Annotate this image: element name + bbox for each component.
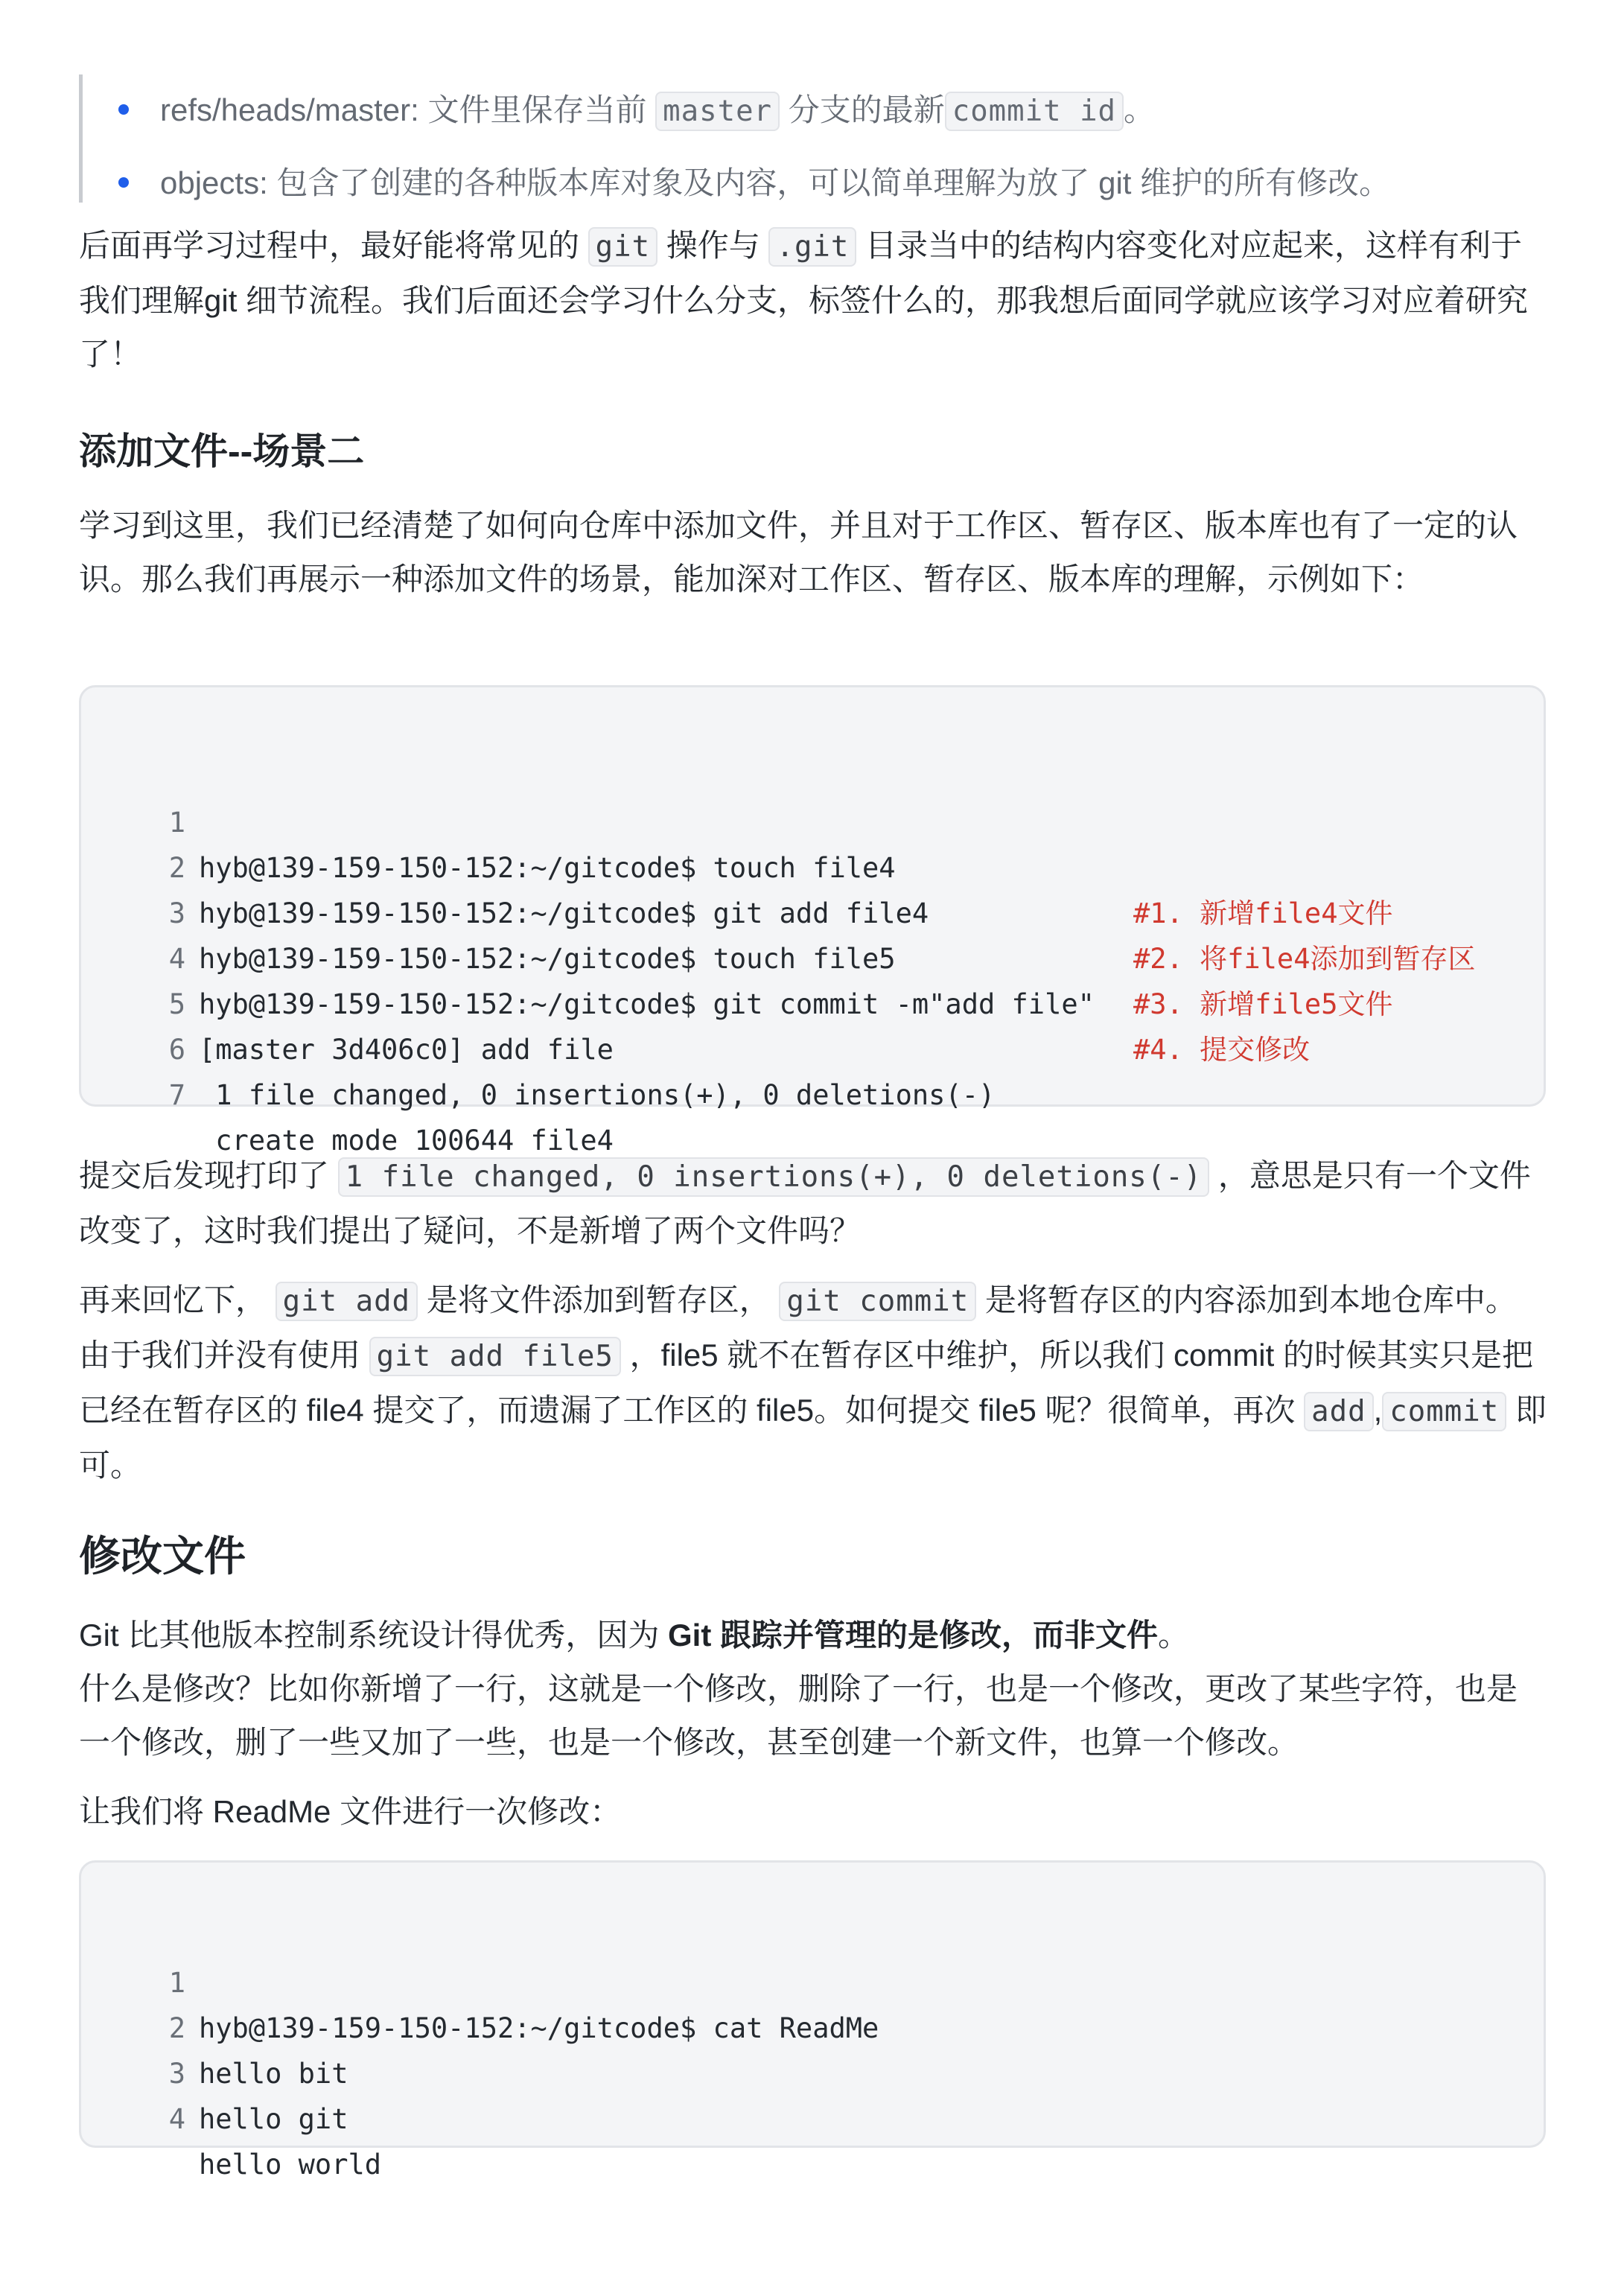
- heading-modify-file: 修改文件: [79, 1524, 246, 1583]
- paragraph-scenario-intro: 学习到这里，我们已经清楚了如何向仓库中添加文件，并且对于工作区、暂存区、版本库也…: [79, 499, 1547, 606]
- inline-code-commit-output: 1 file changed, 0 insertions(+), 0 delet…: [338, 1157, 1210, 1197]
- code-line: 1 hyb@139-159-150-152:~/gitcode$ cat Rea…: [81, 1915, 1544, 1960]
- code-block-add-files: 1 hyb@139-159-150-152:~/gitcode$ touch f…: [79, 685, 1546, 1107]
- text: ,: [1374, 1393, 1383, 1428]
- text: 提交后发现打印了: [79, 1158, 338, 1193]
- bullet-icon: [118, 177, 129, 188]
- list-item-text: 。: [1124, 92, 1155, 127]
- paragraph-commit-result: 提交后发现打印了 1 file changed, 0 insertions(+)…: [79, 1149, 1547, 1258]
- paragraph-modify-readme: 让我们将 ReadMe 文件进行一次修改：: [79, 1785, 1547, 1839]
- text: 。: [1158, 1618, 1189, 1653]
- list-item-objects: objects: 包含了创建的各种版本库对象及内容，可以简单理解为放了 git …: [83, 147, 1551, 219]
- code-line: 6 1 file changed, 0 insertions(+), 0 del…: [81, 982, 1544, 1027]
- inline-code-git-commit: git commit: [779, 1282, 976, 1321]
- list-item-text: refs/heads/master: 文件里保存当前: [160, 92, 655, 127]
- inline-code-dot-git: .git: [768, 227, 856, 267]
- text: Git 比其他版本控制系统设计得优秀，因为: [79, 1618, 668, 1653]
- line-number: 4: [156, 2096, 185, 2142]
- text: 是将文件添加到暂存区，: [418, 1282, 779, 1317]
- inline-code-git: git: [588, 227, 657, 267]
- code-line: 2 hello bit: [81, 1960, 1544, 2006]
- code-line: 1 hyb@139-159-150-152:~/gitcode$ touch f…: [81, 754, 1544, 800]
- heading-add-file-scenario-2: 添加文件--场景二: [79, 422, 364, 475]
- code-text: hello world: [199, 2142, 381, 2187]
- code-line: 4 hyb@139-159-150-152:~/gitcode$ git com…: [81, 891, 1544, 936]
- text: 操作与: [657, 228, 768, 263]
- code-text: hello git: [199, 2096, 348, 2142]
- code-line: 4 hello world: [81, 2051, 1544, 2096]
- code-line: 5 [master 3d406c0] add file: [81, 936, 1544, 982]
- line-number: 7: [156, 1072, 185, 1118]
- text: 再来回忆下，: [79, 1282, 276, 1317]
- paragraph-add-commit-explanation: 再来回忆下， git add 是将文件添加到暂存区， git commit 是将…: [79, 1273, 1547, 1492]
- paragraph-git-structure: 后面再学习过程中，最好能将常见的 git 操作与 .git 目录当中的结构内容变…: [79, 219, 1547, 381]
- inline-code-add: add: [1304, 1392, 1373, 1431]
- code-block-cat-readme: 1 hyb@139-159-150-152:~/gitcode$ cat Rea…: [79, 1860, 1546, 2148]
- git-dir-list: refs/heads/master: 文件里保存当前 master 分支的最新c…: [83, 74, 1551, 219]
- bullet-icon: [118, 104, 129, 115]
- paragraph-what-is-modification: 什么是修改？比如你新增了一行，这就是一个修改，删除了一行，也是一个修改，更改了某…: [79, 1662, 1547, 1769]
- inline-code-git-add-file5: git add file5: [369, 1337, 621, 1376]
- code-line: 7 create mode 100644 file4: [81, 1027, 1544, 1072]
- inline-code-master: master: [655, 92, 780, 131]
- code-line: 3 hello git: [81, 2006, 1544, 2051]
- bold-text: Git 跟踪并管理的是修改，而非文件: [668, 1618, 1158, 1653]
- inline-code-commit: commit: [1382, 1392, 1506, 1431]
- code-line: 2 hyb@139-159-150-152:~/gitcode$ git add…: [81, 800, 1544, 845]
- inline-code-commit-id: commit id: [945, 92, 1124, 131]
- list-item-refs-heads-master: refs/heads/master: 文件里保存当前 master 分支的最新c…: [83, 74, 1551, 147]
- code-text: 1 file changed, 0 insertions(+), 0 delet…: [199, 1072, 995, 1118]
- blockquote-git-dir-notes: refs/heads/master: 文件里保存当前 master 分支的最新c…: [79, 74, 1551, 203]
- inline-code-git-add: git add: [276, 1282, 418, 1321]
- text: 后面再学习过程中，最好能将常见的: [79, 228, 588, 263]
- list-item-text: objects: 包含了创建的各种版本库对象及内容，可以简单理解为放了 git …: [160, 165, 1390, 200]
- list-item-text: 分支的最新: [780, 92, 945, 127]
- paragraph-git-tracks-changes: Git 比其他版本控制系统设计得优秀，因为 Git 跟踪并管理的是修改，而非文件…: [79, 1609, 1547, 1662]
- code-line: 3 hyb@139-159-150-152:~/gitcode$ touch f…: [81, 845, 1544, 891]
